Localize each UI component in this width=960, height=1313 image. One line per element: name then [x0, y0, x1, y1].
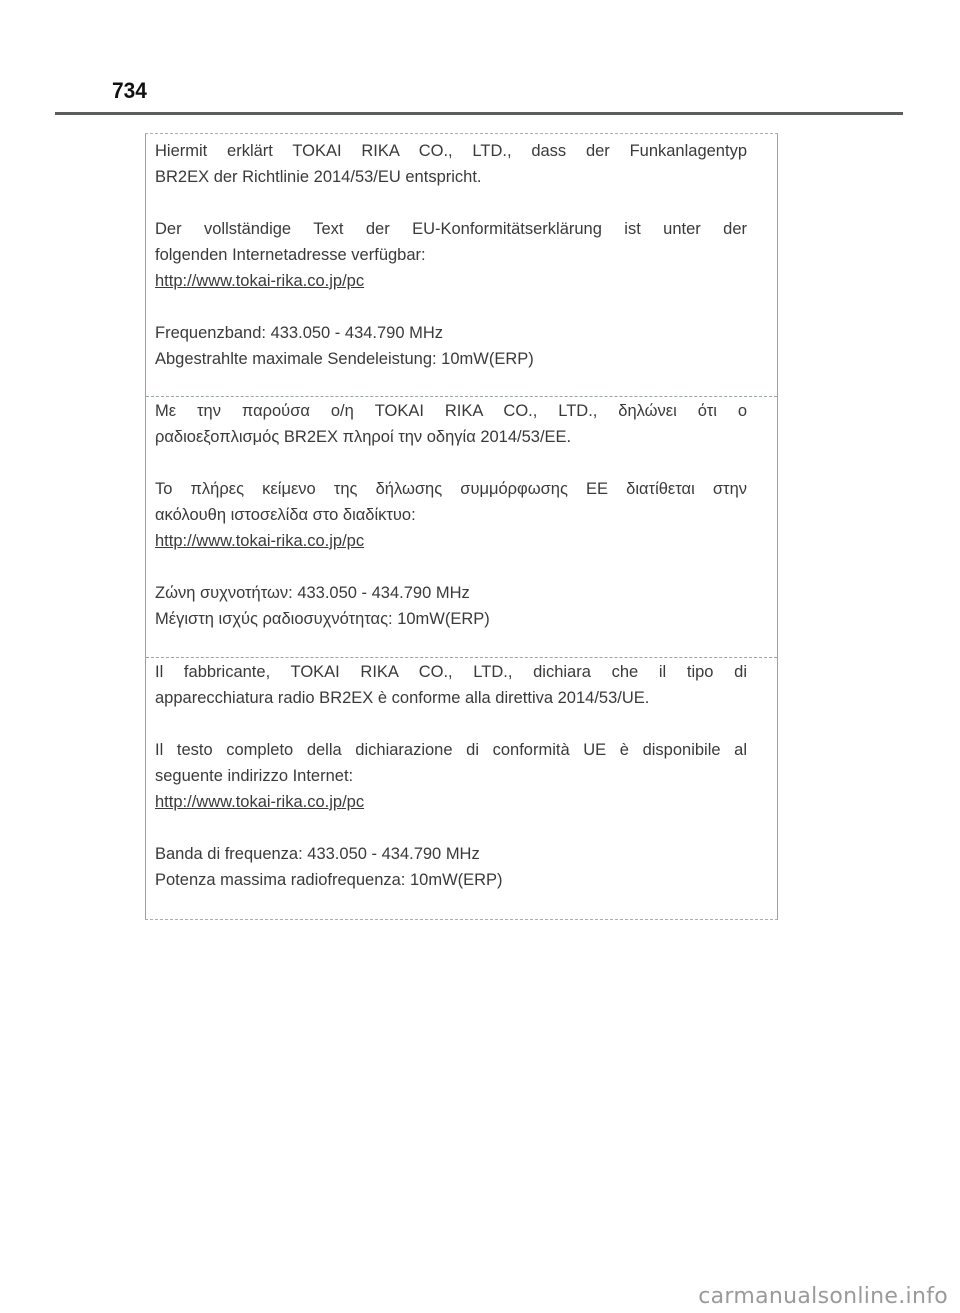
section-german: Hiermit erklärt TOKAI RIKA CO., LTD., da…: [146, 138, 777, 372]
section-divider: [146, 657, 777, 658]
fulltext-line-2: folgenden Internetadresse verfügbar:: [155, 242, 747, 268]
statement-line-1: Hiermit erklärt TOKAI RIKA CO., LTD., da…: [155, 138, 747, 164]
max-power: Abgestrahlte maximale Sendeleistung: 10m…: [155, 346, 747, 372]
fulltext-line-2: ακόλουθη ιστοσελίδα στο διαδίκτυο:: [155, 502, 747, 528]
statement-line-2: apparecchiatura radio BR2EX è conforme a…: [155, 685, 747, 711]
declaration-link[interactable]: http://www.tokai-rika.co.jp/pc: [155, 528, 747, 554]
fulltext-line-2: seguente indirizzo Internet:: [155, 763, 747, 789]
statement-line-1: Με την παρούσα ο/η TOKAI RIKA CO., LTD.,…: [155, 398, 747, 424]
section-italian: Il fabbricante, TOKAI RIKA CO., LTD., di…: [146, 659, 777, 893]
fulltext-line-1: Il testo completo della dichiarazione di…: [155, 737, 747, 763]
declaration-link[interactable]: http://www.tokai-rika.co.jp/pc: [155, 268, 747, 294]
statement-line-2: ραδιοεξοπλισμός BR2EX πληροί την οδηγία …: [155, 424, 747, 450]
max-power: Potenza massima radiofrequenza: 10mW(ERP…: [155, 867, 747, 893]
frequency-band: Ζώνη συχνοτήτων: 433.050 - 434.790 MHz: [155, 580, 747, 606]
section-divider: [146, 396, 777, 397]
statement-line-2: BR2EX der Richtlinie 2014/53/EU entspric…: [155, 164, 747, 190]
fulltext-line-1: Der vollständige Text der EU-Konformität…: [155, 216, 747, 242]
frequency-band: Frequenzband: 433.050 - 434.790 MHz: [155, 320, 747, 346]
header-rule: [55, 112, 903, 115]
statement-line-1: Il fabbricante, TOKAI RIKA CO., LTD., di…: [155, 659, 747, 685]
declaration-link[interactable]: http://www.tokai-rika.co.jp/pc: [155, 789, 747, 815]
declaration-box: Hiermit erklärt TOKAI RIKA CO., LTD., da…: [145, 133, 778, 920]
frequency-band: Banda di frequenza: 433.050 - 434.790 MH…: [155, 841, 747, 867]
fulltext-line-1: Το πλήρες κείμενο της δήλωσης συμμόρφωση…: [155, 476, 747, 502]
watermark: carmanualsonline.info: [698, 1284, 948, 1309]
max-power: Μέγιστη ισχύς ραδιοσυχνότητας: 10mW(ERP): [155, 606, 747, 632]
page-number: 734: [112, 78, 147, 104]
section-greek: Με την παρούσα ο/η TOKAI RIKA CO., LTD.,…: [146, 398, 777, 632]
